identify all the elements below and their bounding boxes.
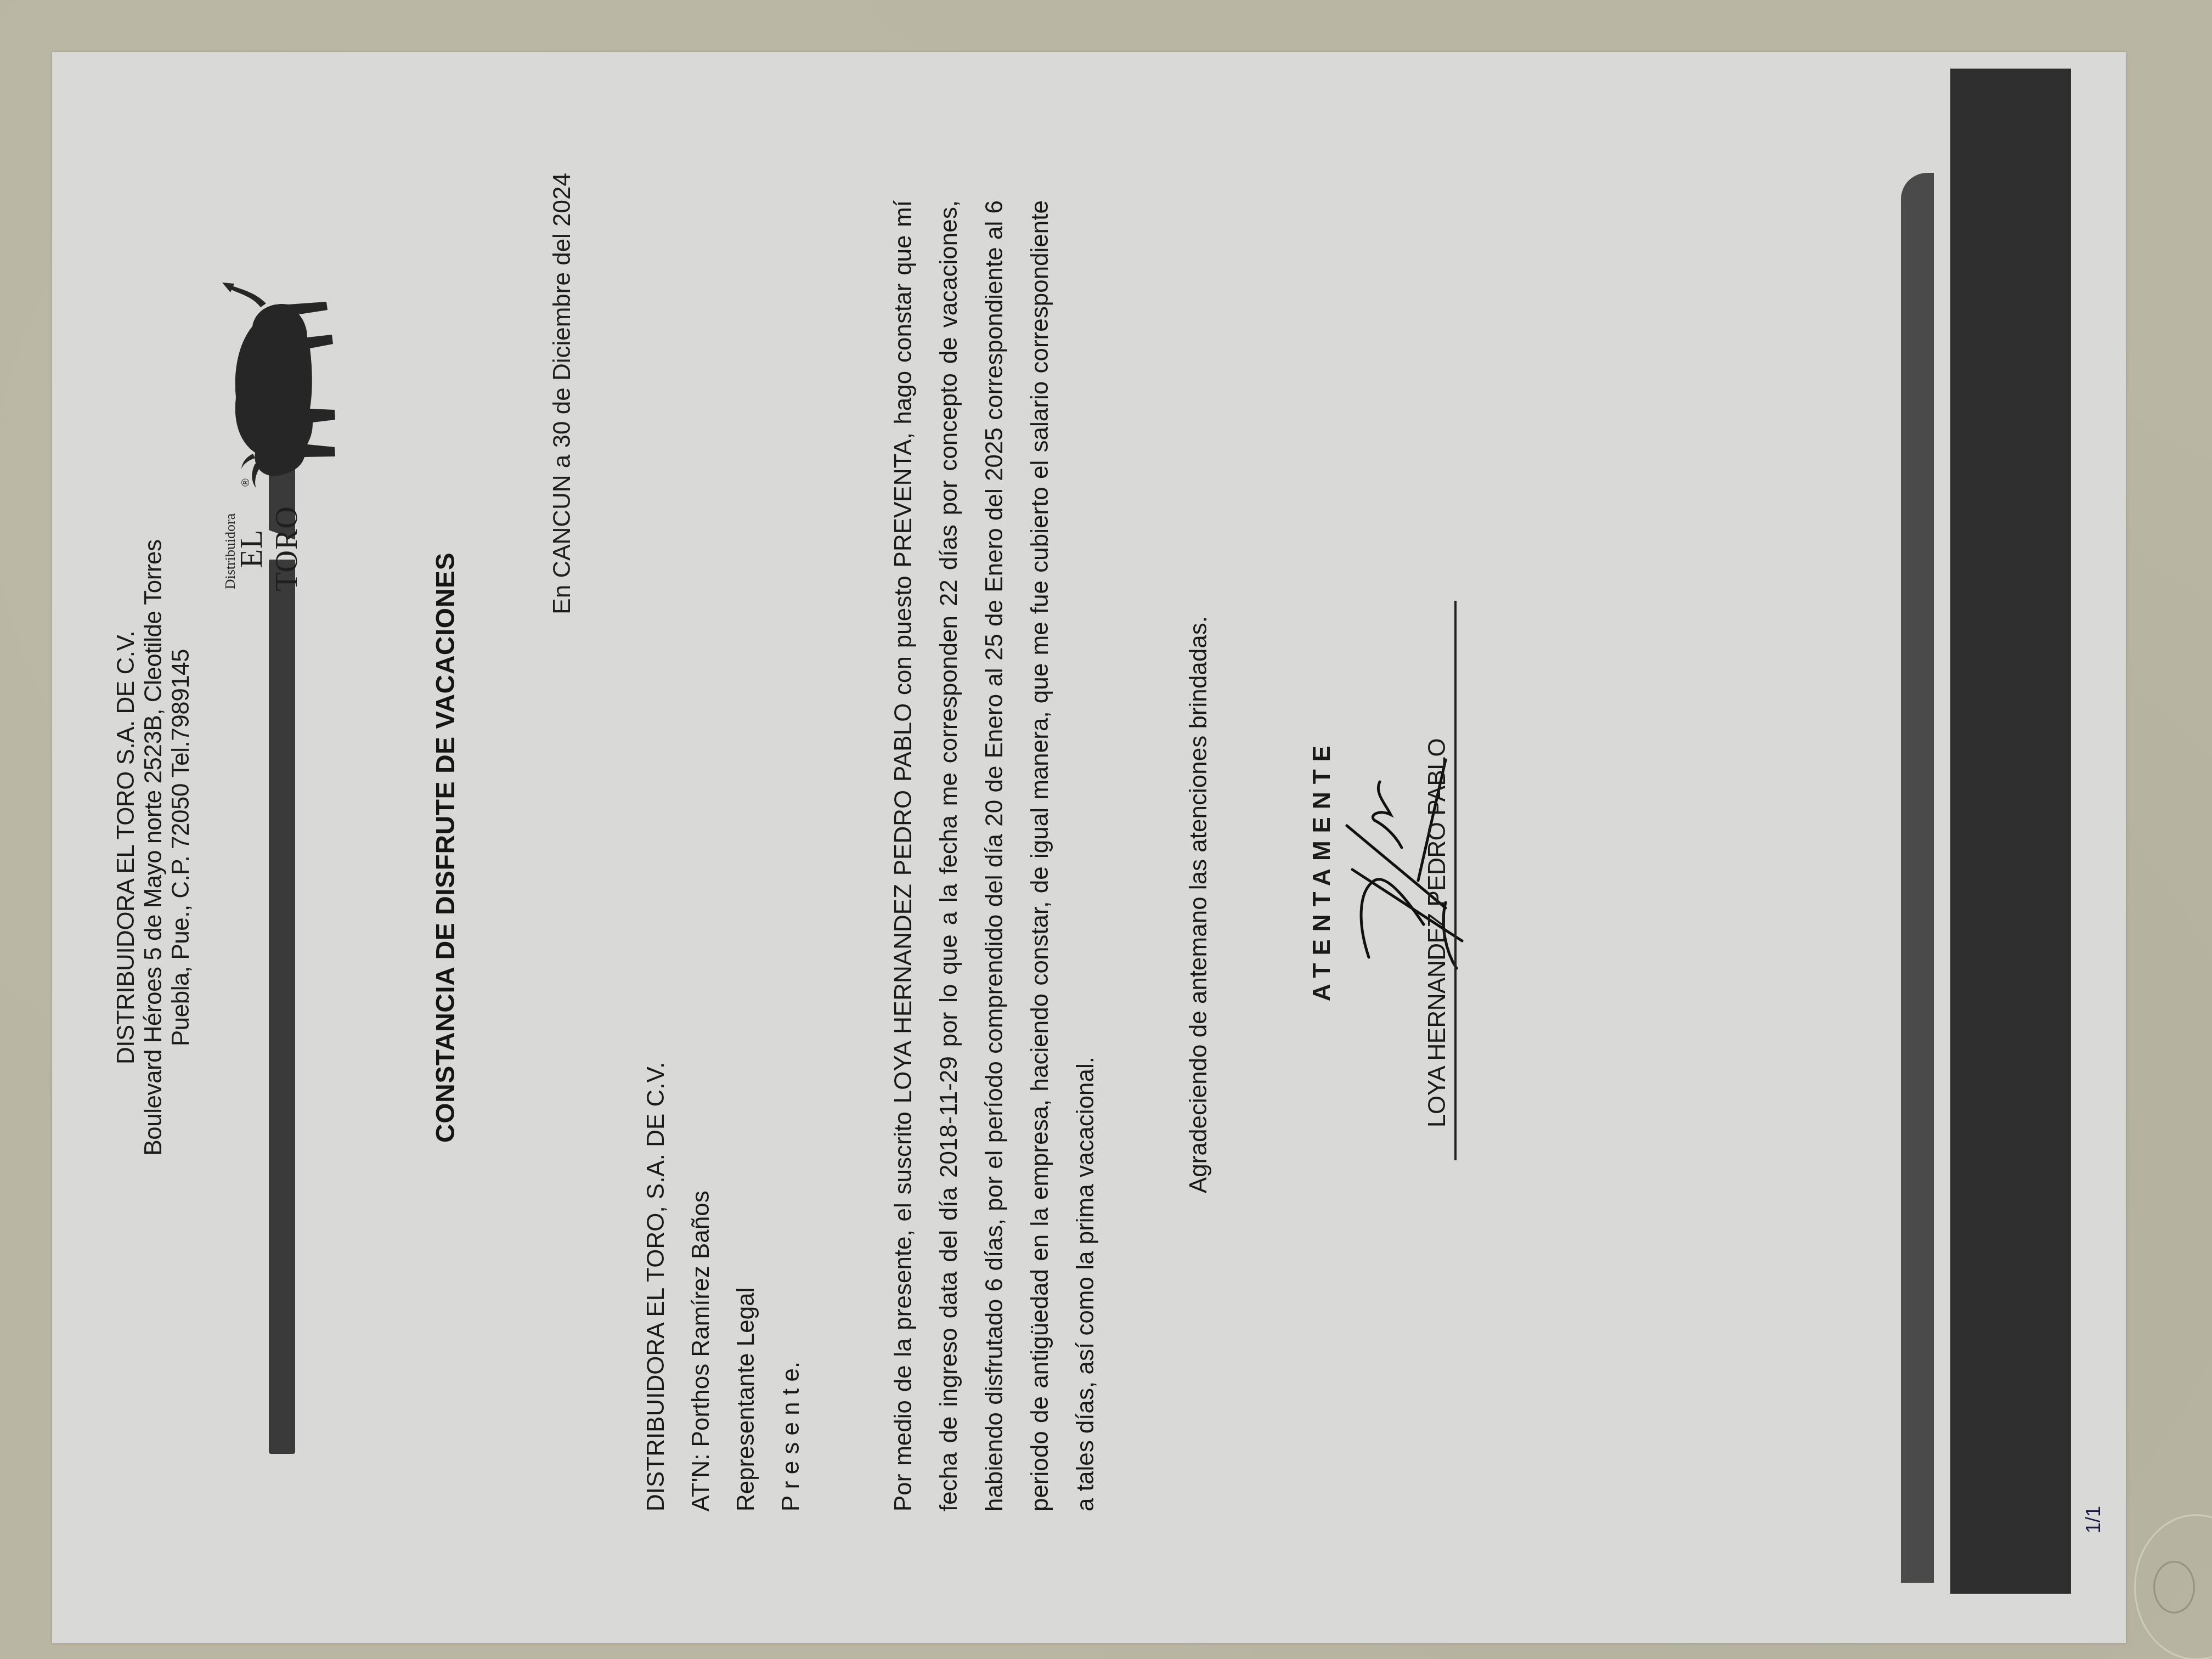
- company-name: DISTRIBUIDORA EL TORO S.A. DE C.V.: [112, 52, 140, 1643]
- recipient-block: DISTRIBUIDORA EL TORO, S.A. DE C.V. AT'N…: [634, 1062, 814, 1511]
- signoff: ATENTAMENTE: [1308, 738, 1336, 1001]
- letterhead: DISTRIBUIDORA EL TORO S.A. DE C.V. Boule…: [112, 52, 195, 1643]
- recipient-company: DISTRIBUIDORA EL TORO, S.A. DE C.V.: [634, 1062, 679, 1511]
- bull-icon: [200, 283, 359, 491]
- page-number: 1/1: [2082, 1506, 2105, 1533]
- letter-body: Por medio de la presente, el suscrito LO…: [881, 200, 1108, 1511]
- letter-page: DISTRIBUIDORA EL TORO S.A. DE C.V. Boule…: [52, 52, 2126, 1643]
- recipient-role: Representante Legal: [724, 1062, 769, 1511]
- company-address-line-2: Puebla, Pue., C.P. 72050 Tel.7989145: [167, 52, 195, 1643]
- logo-brand-text: EL TORO: [234, 486, 304, 612]
- company-address-line-1: Boulevard Héroes 5 de Mayo norte 2523B, …: [140, 52, 167, 1643]
- recipient-presente: P r e s e n t e.: [769, 1062, 814, 1511]
- date-line: En CANCUN a 30 de Diciembre del 2024: [549, 173, 576, 985]
- decorative-footer-bar-thin: [1901, 173, 1934, 1583]
- document-title: CONSTANCIA DE DISFRUTE DE VACACIONES: [431, 52, 461, 1643]
- decorative-header-bar: [269, 560, 295, 1454]
- recipient-attention: AT'N: Porthos Ramírez Baños: [679, 1062, 724, 1511]
- wall-outlet-center: [2153, 1561, 2195, 1613]
- decorative-footer-bar: [1950, 69, 2071, 1594]
- closing-line: Agradeciendo de antemano las atenciones …: [1185, 616, 1212, 1193]
- signature-line: [1454, 601, 1457, 1160]
- company-logo: Distribuidora EL TORO ®: [200, 283, 359, 612]
- signatory-name: LOYA HERNANDEZ PEDRO PABLO: [1424, 738, 1451, 1127]
